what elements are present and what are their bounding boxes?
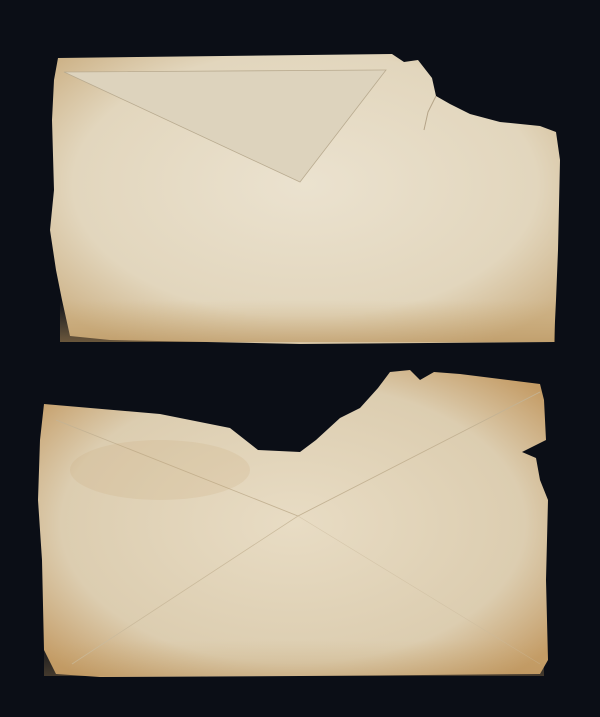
- photo-scene: [0, 0, 600, 717]
- envelope-top: [50, 54, 560, 344]
- envelopes-photo: [0, 0, 600, 717]
- envelope-bottom: [38, 370, 548, 677]
